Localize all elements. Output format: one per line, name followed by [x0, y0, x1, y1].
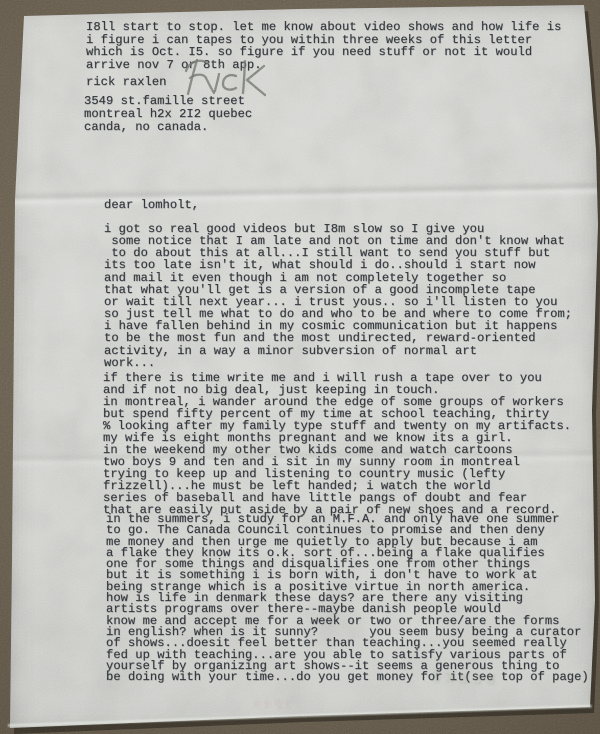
letter-paper: I8ll start to stop. let me know about vi… — [0, 0, 600, 734]
paragraph-3: in the summers, i study for an M.F.A. an… — [106, 514, 589, 683]
ink-speck — [352, 5, 355, 8]
paragraph-1: i got so real good videos but I8m slow s… — [104, 223, 572, 369]
handwritten-signature — [182, 55, 272, 97]
paragraph-2: if there is time write me and i will rus… — [103, 372, 571, 516]
show-through-address: 3549 — [250, 696, 293, 712]
typed-address: 3549 st.famille street montreal h2x 2I2 … — [84, 95, 252, 134]
typed-top-note: I8ll start to stop. let me know about vi… — [86, 21, 561, 71]
photograph-of-letter: I8ll start to stop. let me know about vi… — [0, 0, 600, 734]
fold-crease-top — [0, 180, 600, 208]
greeting-line: dear lomholt, — [104, 198, 199, 212]
typed-name: rick raxlen — [86, 75, 166, 89]
